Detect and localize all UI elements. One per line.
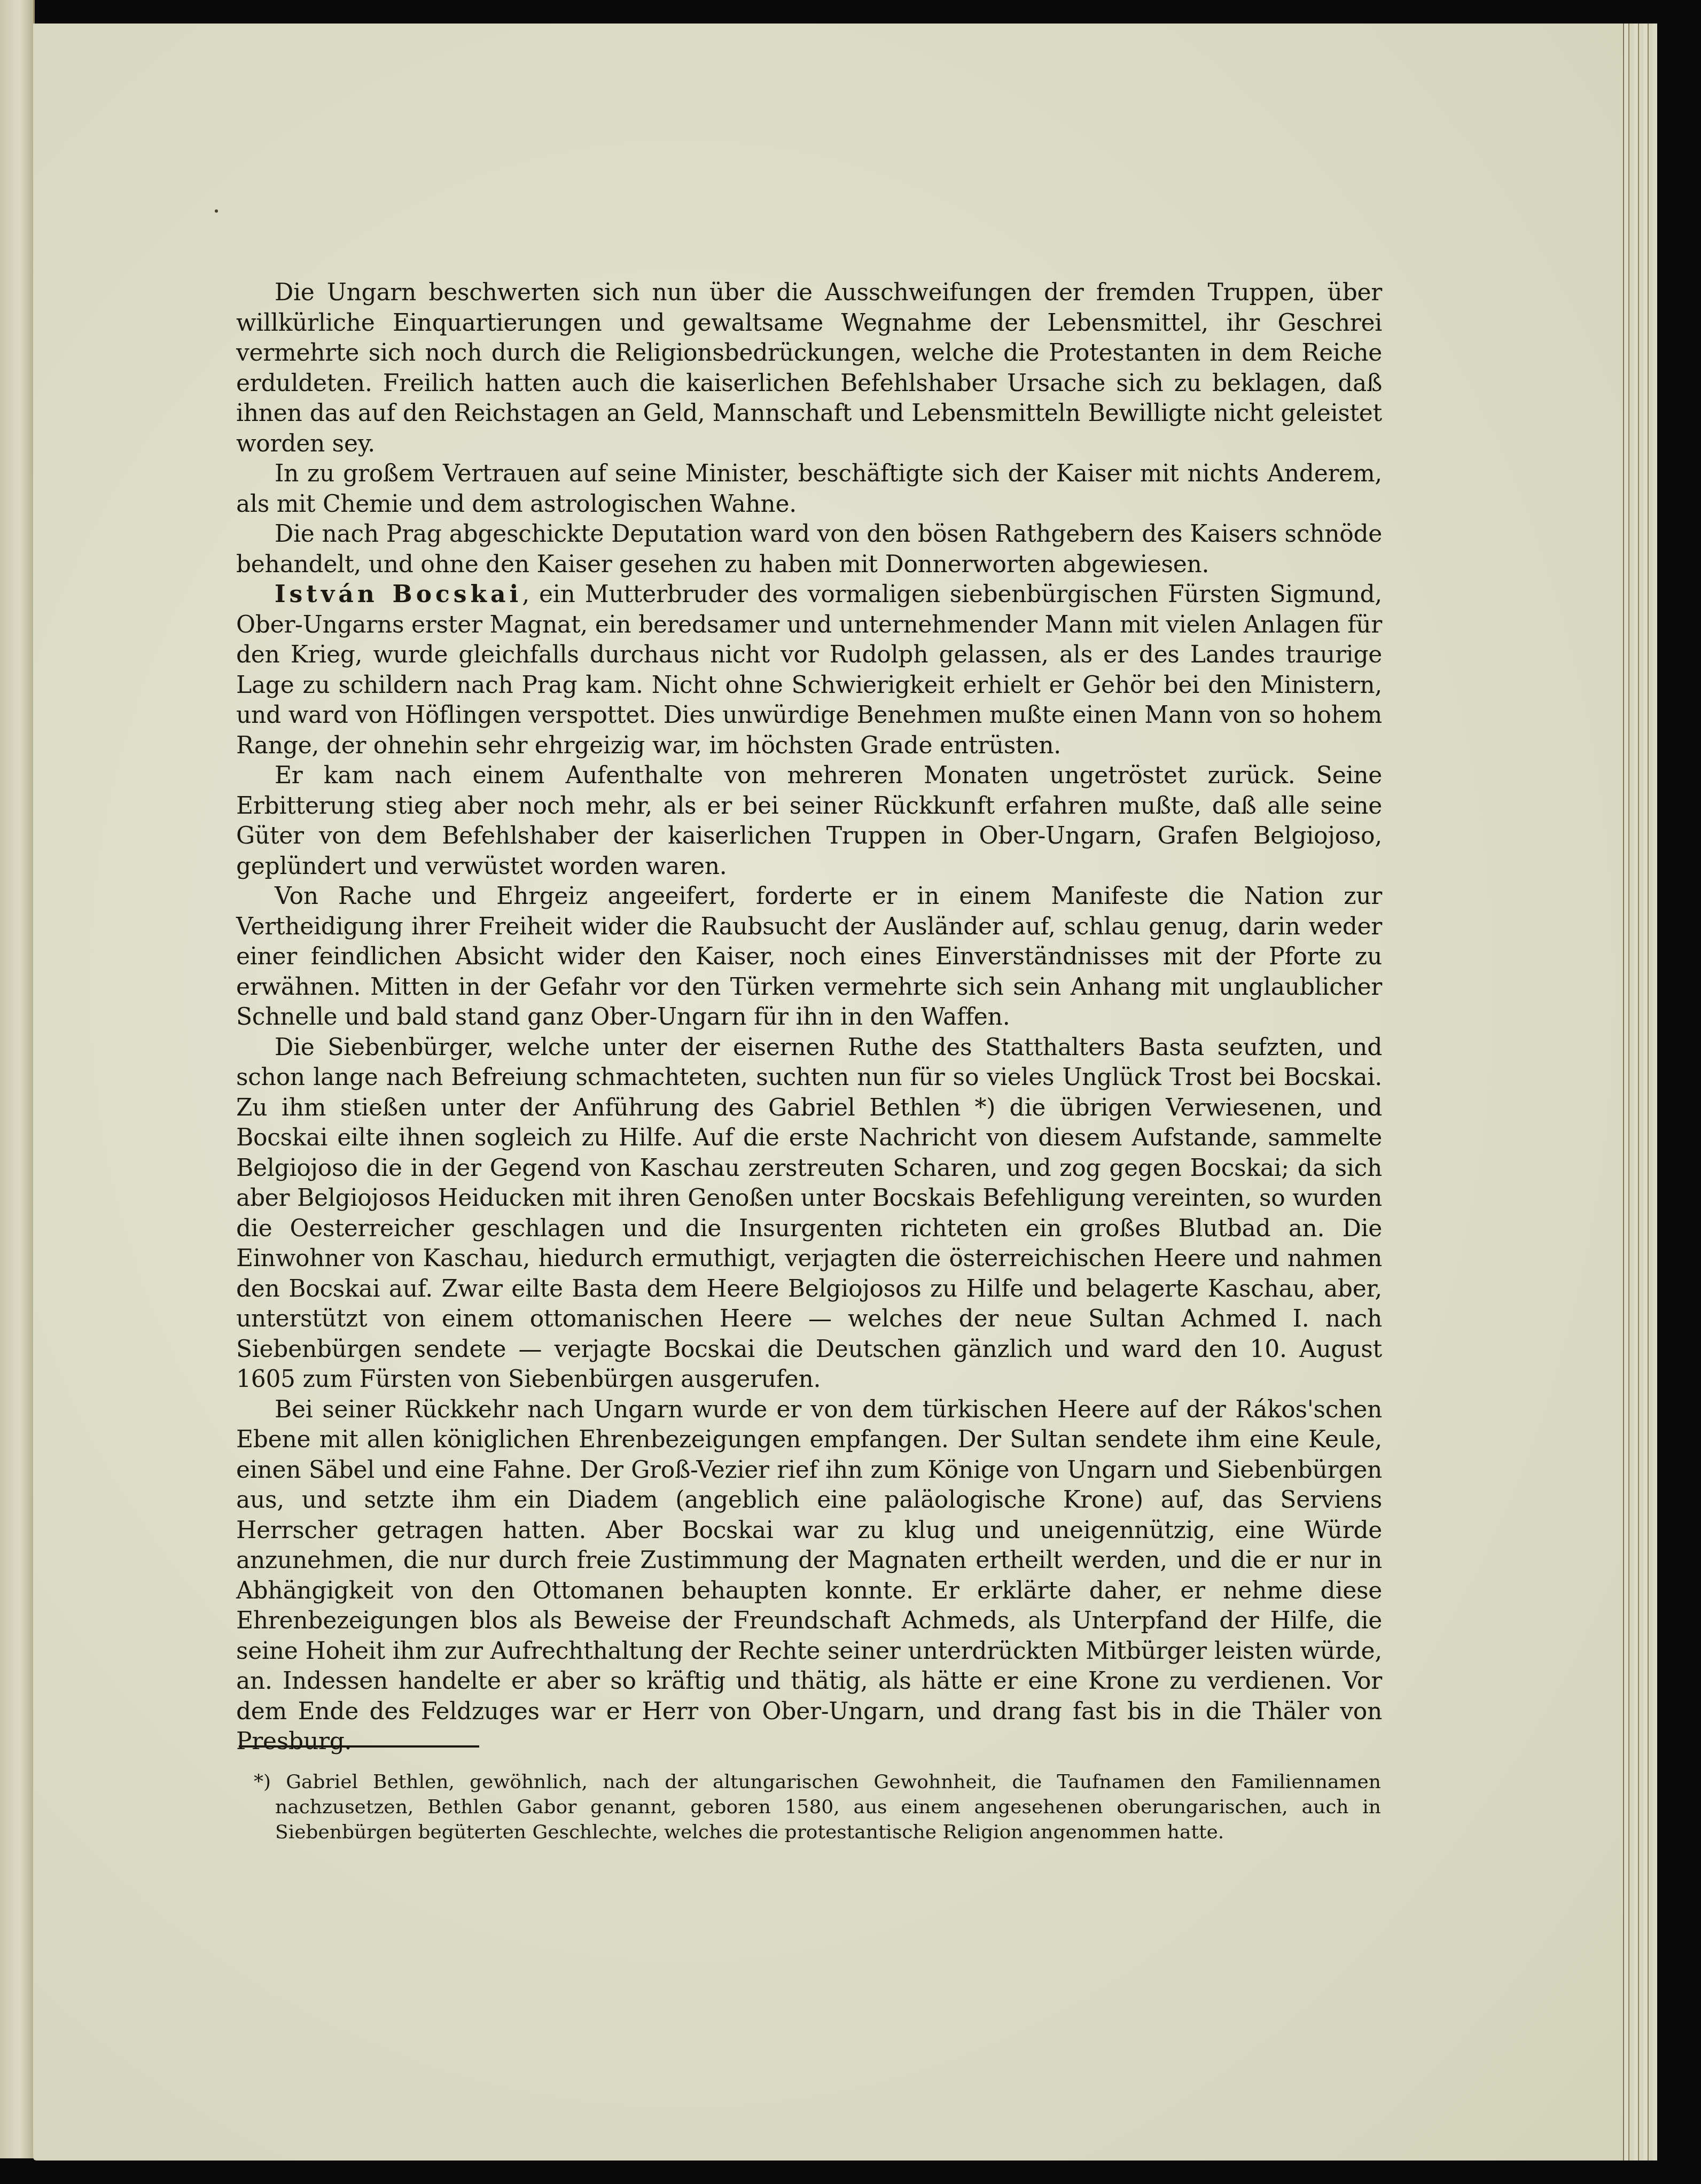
footnote-text: Gabriel Bethlen, gewöhnlich, nach der al… bbox=[275, 1771, 1381, 1843]
paragraph: Die Siebenbürger, welche unter der eiser… bbox=[236, 1033, 1382, 1395]
footnote-marker: *) bbox=[254, 1771, 271, 1793]
paragraph: Von Rache und Ehrgeiz angeeifert, forder… bbox=[236, 882, 1382, 1033]
body-text: Die Ungarn beschwerten sich nun über die… bbox=[236, 278, 1382, 1757]
name-highlight: István Bocskai bbox=[275, 581, 522, 608]
page-speck bbox=[215, 209, 218, 213]
facing-page-edge bbox=[0, 0, 35, 2158]
paragraph: Die Ungarn beschwerten sich nun über die… bbox=[236, 278, 1382, 459]
paragraph: István Bocskai, ein Mutterbruder des vor… bbox=[236, 580, 1382, 761]
paragraph: In zu großem Vertrauen auf seine Ministe… bbox=[236, 459, 1382, 519]
page-stack-edges bbox=[1623, 24, 1657, 2160]
paragraph: Er kam nach einem Aufenthalte von mehrer… bbox=[236, 761, 1382, 882]
footnote: *) Gabriel Bethlen, gewöhnlich, nach der… bbox=[239, 1769, 1381, 1845]
footnote-body: *) Gabriel Bethlen, gewöhnlich, nach der… bbox=[239, 1769, 1381, 1845]
paragraph: Bei seiner Rückkehr nach Ungarn wurde er… bbox=[236, 1395, 1382, 1757]
footnote-divider bbox=[239, 1745, 479, 1748]
paragraph: Die nach Prag abgeschickte Deputation wa… bbox=[236, 519, 1382, 580]
